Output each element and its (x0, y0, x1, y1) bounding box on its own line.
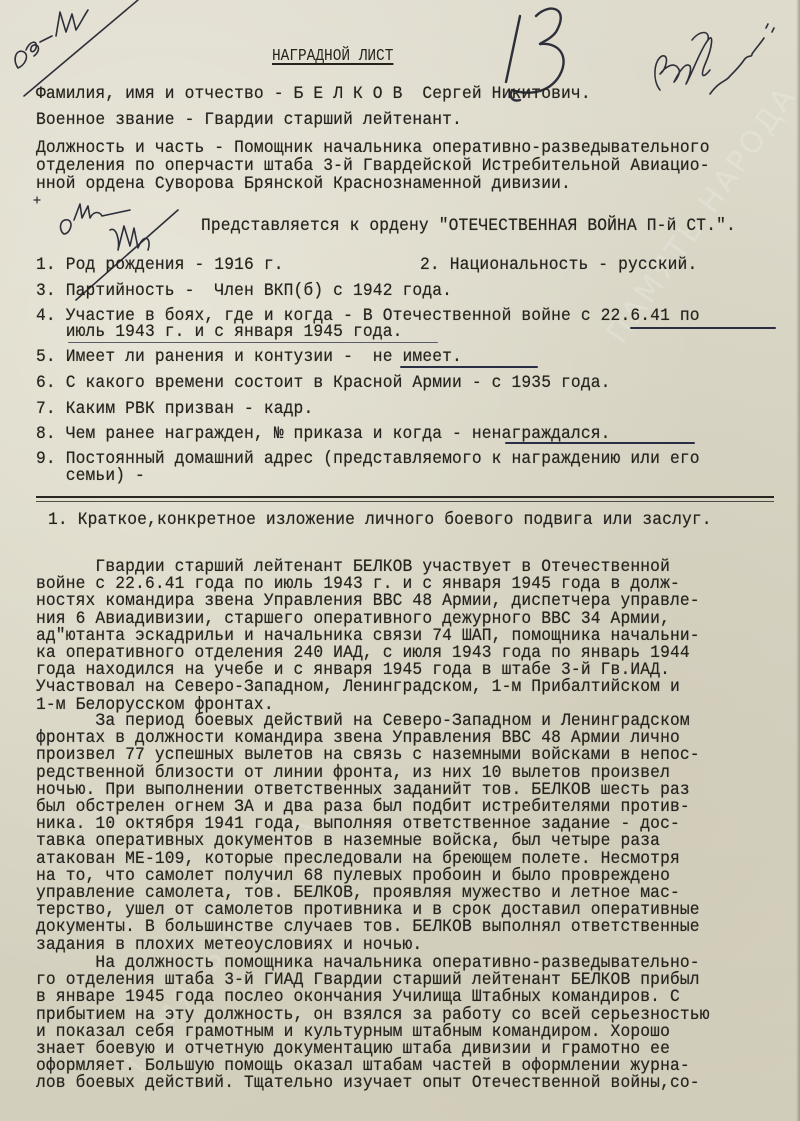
item-5-wounds: 5. Имеет ли ранения и контузии - не имее… (36, 347, 462, 367)
item-3-party: 3. Партийность - Член ВКП(б) с 1942 года… (36, 281, 452, 301)
item-4-combat-line-2: июль 1943 г. и с января 1945 года. (36, 322, 403, 342)
award-requested: Представляется к ордену "ОТЕЧЕСТВЕННАЯ В… (201, 216, 736, 236)
section-divider (36, 496, 774, 498)
position-field-line-1: Должность и часть - Помощник начальника … (36, 138, 710, 158)
item-8-previous-awards: 8. Чем ранее награжден, № приказа и когд… (36, 424, 611, 444)
item-7-draft-office: 7. Каким РВК призван - кадр. (36, 399, 313, 419)
item-6-service-since: 6. С какого времени состоит в Красной Ар… (36, 373, 611, 393)
position-field-line-2: отделения по оперчасти штаба 3-й Гвардей… (36, 156, 710, 176)
handwritten-underline (400, 366, 538, 368)
document-title: НАГРАДНОЙ ЛИСТ (272, 47, 393, 66)
award-sheet-page: ПАМЯТЬ НАРОДА ПАМЯТЬ НАРОДА НАГРАДНОЙ ЛИ… (0, 0, 800, 1121)
handwritten-underline (630, 327, 776, 329)
page-edge-shadow (796, 0, 800, 1121)
narrative-line: лов боевых действий. Тщательно изучает о… (36, 1073, 700, 1093)
signature (640, 10, 780, 110)
narrative-line: задания в плохих метеоусловиях и ночью. (36, 935, 422, 955)
handwritten-underline (505, 442, 695, 444)
section-heading: 1. Краткое,конкретное изложение личного … (48, 510, 712, 530)
name-field: Фамилия, имя и отчество - Б Е Л К О В Се… (36, 84, 591, 104)
section-divider-thin (36, 501, 774, 502)
handwritten-underline (68, 342, 438, 343)
item-1-birth-year: 1. Род рождения - 1916 г. (36, 255, 284, 275)
item-2-nationality: 2. Национальность - русский. (420, 255, 697, 275)
rank-field: Военное звание - Гвардии старший лейтена… (36, 110, 462, 130)
item-9-address-line-2: семьи) - (36, 466, 145, 486)
